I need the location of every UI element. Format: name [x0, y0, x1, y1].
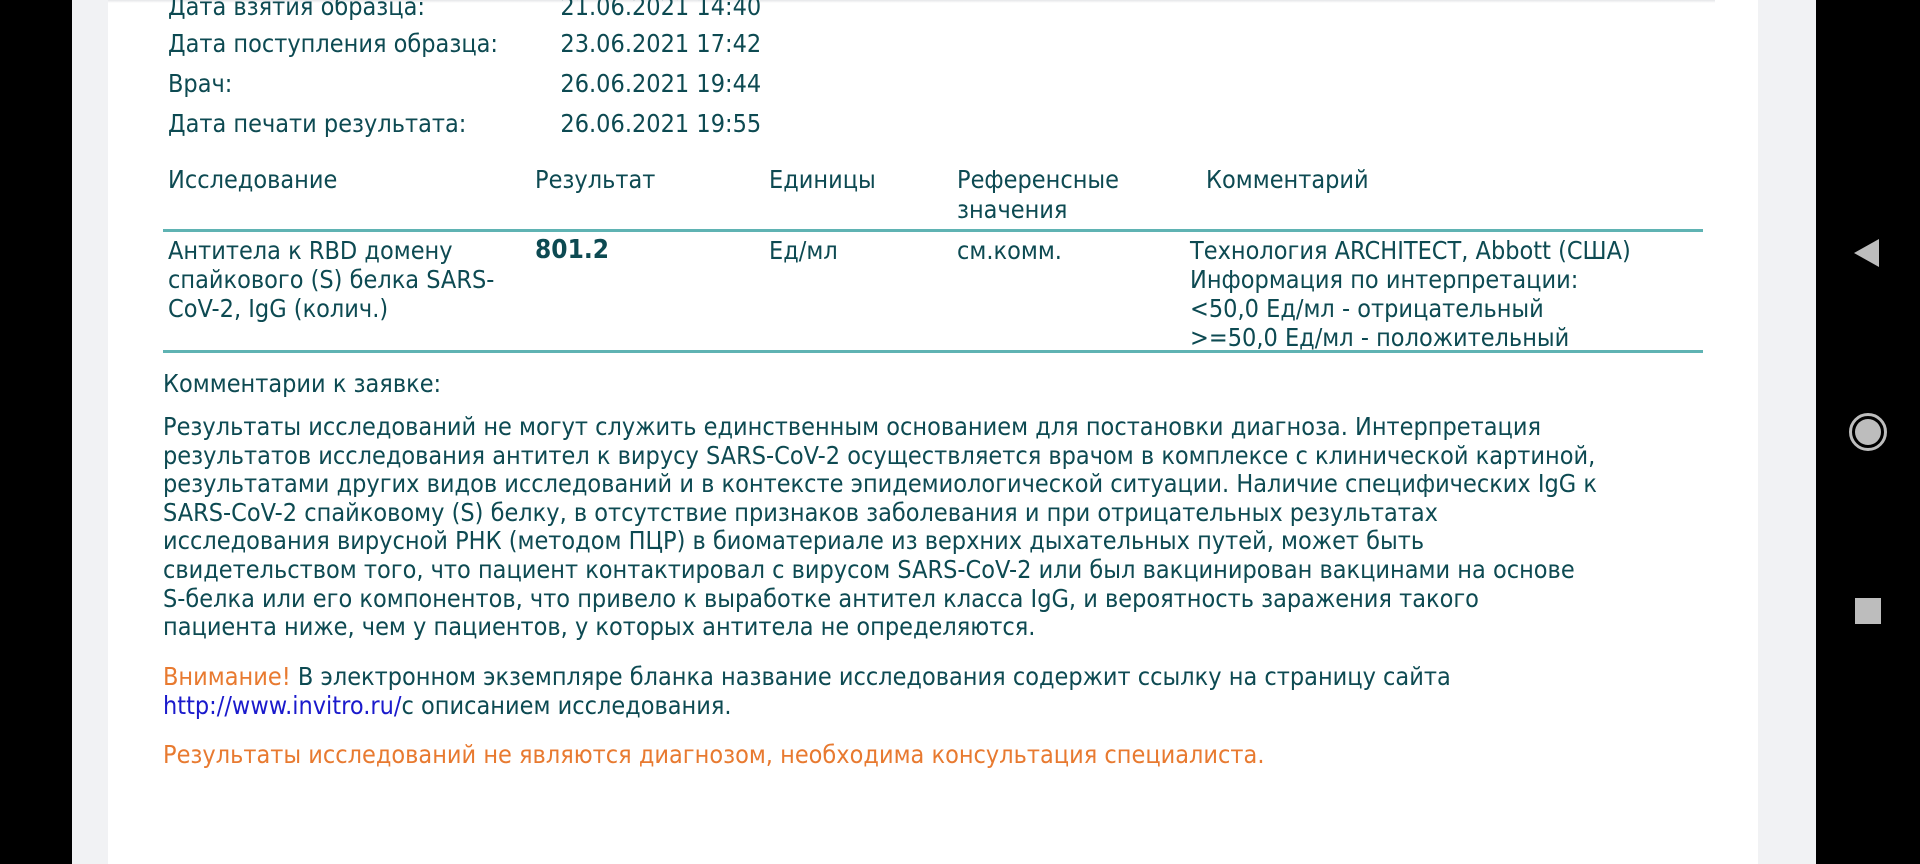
- cell-comment: Технология ARCHITECT, Abbott (США) Инфор…: [1190, 236, 1631, 352]
- meta-label: Дата взятия образца:: [168, 0, 425, 23]
- page-gutter-left: [72, 0, 108, 864]
- left-black-bar: [0, 0, 72, 864]
- comments-line: Результаты исследований не могут служить…: [163, 413, 1597, 442]
- comments-line: свидетельством того, что пациент контакт…: [163, 556, 1597, 585]
- attention-after-link: с описанием исследования.: [402, 691, 732, 720]
- meta-value: 26.06.2021 19:55: [560, 108, 761, 140]
- column-header-result: Результат: [535, 165, 655, 195]
- comments-line: результатами других видов исследований и…: [163, 470, 1597, 499]
- meta-label: Дата печати результата:: [168, 108, 466, 140]
- android-navigation-bar: [1816, 0, 1920, 864]
- home-circle-icon: [1838, 402, 1898, 462]
- meta-value: 23.06.2021 17:42: [560, 28, 761, 60]
- column-header-reference-line2: значения: [957, 195, 1119, 225]
- meta-value: 26.06.2021 19:44: [560, 68, 761, 100]
- column-header-reference: Референсные значения: [957, 165, 1119, 225]
- page-gutter-right: [1758, 0, 1816, 864]
- cell-study-line: спайкового (S) белка SARS-: [168, 265, 494, 294]
- back-triangle-icon: [1838, 223, 1898, 283]
- table-bottom-divider: [163, 350, 1703, 353]
- invitro-link[interactable]: http://www.invitro.ru/: [163, 691, 402, 720]
- attention-text: В электронном экземпляре бланка название…: [291, 662, 1451, 691]
- disclaimer: Результаты исследований не являются диаг…: [163, 740, 1264, 770]
- column-header-comment: Комментарий: [1206, 165, 1369, 195]
- home-button[interactable]: [1838, 402, 1898, 462]
- cell-units: Ед/мл: [769, 236, 838, 265]
- recents-square-icon: [1838, 581, 1898, 641]
- comments-body: Результаты исследований не могут служить…: [163, 413, 1597, 642]
- column-header-units: Единицы: [769, 165, 876, 195]
- cell-comment-line: Технология ARCHITECT, Abbott (США): [1190, 236, 1631, 265]
- cell-result-value: 801.2: [535, 236, 609, 265]
- attention-label: Внимание!: [163, 662, 291, 691]
- cell-comment-line: <50,0 Ед/мл - отрицательный: [1190, 294, 1631, 323]
- meta-label: Дата поступления образца:: [168, 28, 498, 60]
- column-header-reference-line1: Референсные: [957, 165, 1119, 195]
- meta-value: 21.06.2021 14:40: [560, 0, 761, 23]
- comments-line: пациента ниже, чем у пациентов, у которы…: [163, 613, 1597, 642]
- comments-line: результатов исследования антител к вирус…: [163, 442, 1597, 471]
- cell-study-line: Антитела к RBD домену: [168, 236, 494, 265]
- back-button[interactable]: [1838, 223, 1898, 283]
- column-header-study: Исследование: [168, 165, 337, 195]
- comments-line: SARS-CoV-2 спайковому (S) белку, в отсут…: [163, 499, 1597, 528]
- cell-study-line: CoV-2, IgG (колич.): [168, 294, 494, 323]
- meta-label: Врач:: [168, 68, 232, 100]
- document-page: Дата взятия образца: 21.06.2021 14:40 Да…: [108, 0, 1758, 864]
- cell-comment-line: >=50,0 Ед/мл - положительный: [1190, 323, 1631, 352]
- cell-study: Антитела к RBD домену спайкового (S) бел…: [168, 236, 494, 323]
- comments-title: Комментарии к заявке:: [163, 368, 441, 400]
- cell-reference: см.комм.: [957, 236, 1062, 265]
- recents-button[interactable]: [1838, 581, 1898, 641]
- comments-line: S-белка или его компонентов, что привело…: [163, 585, 1597, 614]
- attention-notice: Внимание! В электронном экземпляре бланк…: [163, 662, 1451, 720]
- cell-comment-line: Информация по интерпретации:: [1190, 265, 1631, 294]
- table-header-divider: [163, 229, 1703, 232]
- comments-line: исследования вирусной РНК (методом ПЦР) …: [163, 527, 1597, 556]
